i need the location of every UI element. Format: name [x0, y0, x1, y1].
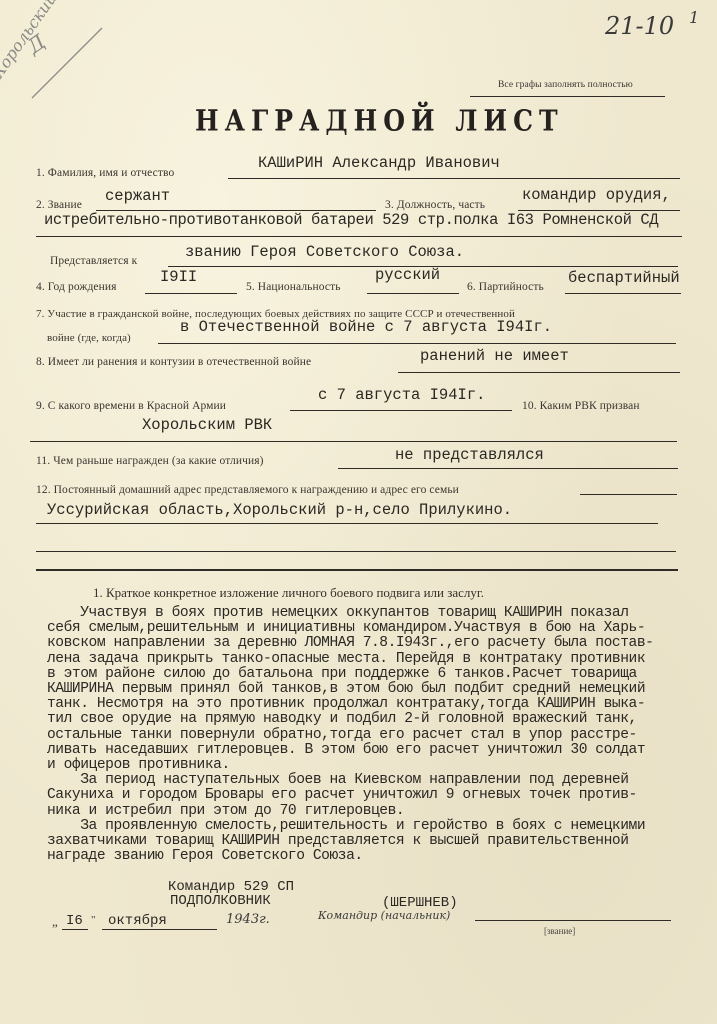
narrative-line: ника и истребил при этом до 70 гитлеровц…: [47, 804, 713, 819]
field-3-line-cont: [36, 236, 682, 237]
field-9-value: с 7 августа I94Iг.: [318, 386, 485, 404]
nomination-value: званию Героя Советского Союза.: [185, 243, 464, 261]
field-4-line: [145, 293, 237, 294]
date-year: 1943г.: [226, 912, 270, 927]
narrative-heading: 1. Краткое конкретное изложение личного …: [93, 585, 484, 601]
field-4-label: 4. Год рождения: [36, 281, 117, 293]
narrative-line: и офицеров противника.: [47, 758, 713, 773]
date-prefix: „: [52, 914, 58, 930]
narrative-line: тил свое орудие на прямую наводку и подб…: [47, 712, 713, 727]
field-12-line-2: [36, 523, 658, 524]
field-5-value: русский: [375, 266, 440, 284]
date-month-line: [102, 929, 217, 930]
field-1-line: [228, 178, 680, 179]
commander-label: Командир (начальник): [318, 909, 450, 922]
field-4-value: I9II: [160, 268, 197, 286]
field-11-line: [338, 468, 678, 469]
instruction-text: Все графы заполнять полностью: [498, 80, 633, 90]
field-2-value: сержант: [105, 187, 170, 205]
narrative-line: За проявленную смелость,решительность и …: [47, 819, 713, 834]
field-7-label-line2: войне (где, когда): [47, 332, 131, 344]
date-month: октября: [108, 913, 167, 929]
narrative-line: награде званию Героя Советского Союза.: [47, 849, 713, 864]
field-9-label: 9. С какого времени в Красной Армии: [36, 400, 226, 412]
field-7-value: в Отечественной войне с 7 августа I94Iг.: [180, 318, 552, 336]
field-10-line: [30, 441, 677, 442]
instruction-underline: [470, 96, 665, 97]
section-divider: [36, 569, 678, 571]
signature-line: [475, 920, 671, 921]
field-6-line: [565, 293, 681, 294]
narrative-line: лена задача прикрыть танко-опасные места…: [47, 652, 713, 667]
field-10-label: 10. Каким РВК призван: [522, 400, 640, 412]
narrative-line: Участвуя в боях против немецких оккупант…: [47, 606, 713, 621]
archive-number: 21-10: [605, 12, 674, 40]
page-title: НАГРАДНОЙ ЛИСТ: [195, 104, 564, 137]
field-12-line: [580, 494, 677, 495]
narrative-line: Сакуниха и городом Бровары его расчет ун…: [47, 788, 713, 803]
document-page: Д Хорольский 21-10 1 Все графы заполнять…: [0, 0, 717, 1024]
field-3-label: 3. Должность, часть: [385, 199, 485, 211]
narrative-line: в этом районе силою до батальона при под…: [47, 667, 713, 682]
field-9-line: [290, 410, 512, 411]
field-12-label: 12. Постоянный домашний адрес представля…: [36, 484, 459, 496]
narrative-line: ливать наседавших гитлеровцев. В этом бо…: [47, 743, 713, 758]
narrative-line: ковском направлении за деревню ЛОМНАЯ 7.…: [47, 636, 713, 651]
field-6-value: беспартийный: [568, 269, 680, 287]
field-5-line: [367, 293, 459, 294]
field-12-line-3: [36, 551, 676, 552]
narrative-line: остальные танки повернули обратно,тогда …: [47, 728, 713, 743]
archive-mark: 1: [689, 8, 699, 27]
narrative-text: Участвуя в боях против немецких оккупант…: [47, 606, 713, 864]
field-11-value: не представлялся: [395, 446, 544, 464]
field-12-value: Уссурийская область,Хорольский р-н,село …: [47, 501, 512, 519]
commander-rank: ПОДПОЛКОВНИК: [170, 893, 271, 909]
field-1-value: КАШиРИН Александр Иванович: [258, 154, 500, 172]
field-7-line: [158, 343, 676, 344]
date-day-line: [62, 929, 88, 930]
field-2-label: 2. Звание: [36, 199, 82, 211]
field-3-value: командир орудия,: [522, 186, 671, 204]
field-8-label: 8. Имеет ли ранения и контузии в отечест…: [36, 356, 311, 368]
field-10-value: Хорольским РВК: [142, 416, 272, 434]
date-quote: ": [91, 914, 96, 926]
narrative-line: За период наступательных боев на Киевско…: [47, 773, 713, 788]
rank-caption: [звание]: [544, 926, 575, 936]
nomination-label: Представляется к: [50, 255, 137, 267]
narrative-line: КАШИРИНА первым принял бой танков,в этом…: [47, 682, 713, 697]
date-day: I6: [66, 913, 83, 929]
field-3-value-cont: истребительно-противотанковой батареи 52…: [44, 211, 658, 229]
narrative-line: захватчиками товарищ КАШИРИН представляе…: [47, 834, 713, 849]
field-11-label: 11. Чем раньше награжден (за какие отлич…: [36, 455, 264, 467]
field-6-label: 6. Партийность: [467, 281, 544, 293]
field-5-label: 5. Национальность: [246, 281, 341, 293]
field-8-line: [398, 372, 680, 373]
field-8-value: ранений не имеет: [420, 347, 569, 365]
field-1-label: 1. Фамилия, имя и отчество: [36, 167, 174, 179]
